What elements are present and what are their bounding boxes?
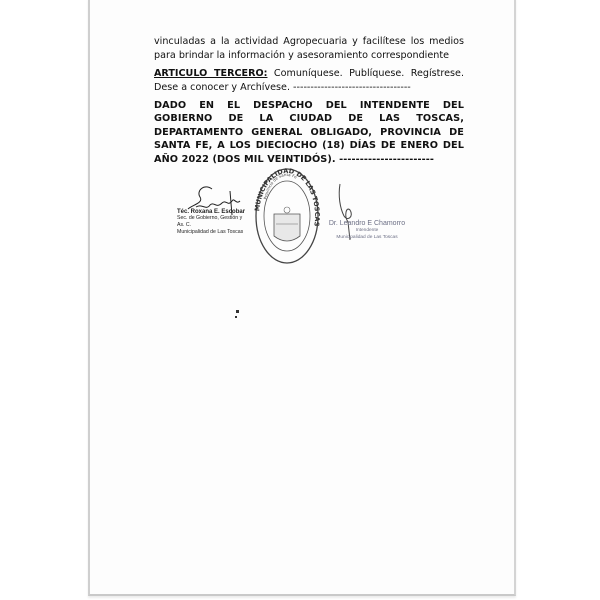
paragraph-agropecuaria: vinculadas a la actividad Agropecuaria y… <box>154 35 464 62</box>
municipal-seal-icon: MUNICIPALIDAD DE LAS TOSCAS Provincia de… <box>254 166 320 268</box>
closing-statement: DADO EN EL DESPACHO DEL INTENDENTE DEL G… <box>154 99 464 166</box>
signature-block-right: Dr. Leandro E Chamorro Intendente Munici… <box>322 220 412 241</box>
document-page: vinculadas a la actividad Agropecuaria y… <box>88 0 516 596</box>
scan-speck <box>235 316 237 318</box>
signer-org-left: Municipalidad de Las Toscas <box>177 229 249 236</box>
signer-role-right: Intendente <box>322 227 412 234</box>
article-third: ARTICULO TERCERO: Comuníquese. Publíques… <box>154 67 464 94</box>
signer-name-right: Dr. Leandro E Chamorro <box>322 220 412 227</box>
article-heading: ARTICULO TERCERO: <box>154 68 267 79</box>
signer-role-left: Sec. de Gobierno, Gestión y As. C. <box>177 215 249 229</box>
signature-block-left: Téc. Roxana E. Escobar Sec. de Gobierno,… <box>177 185 249 236</box>
scan-speck <box>236 310 239 313</box>
signer-org-right: Municipalidad de Las Toscas <box>322 234 412 241</box>
